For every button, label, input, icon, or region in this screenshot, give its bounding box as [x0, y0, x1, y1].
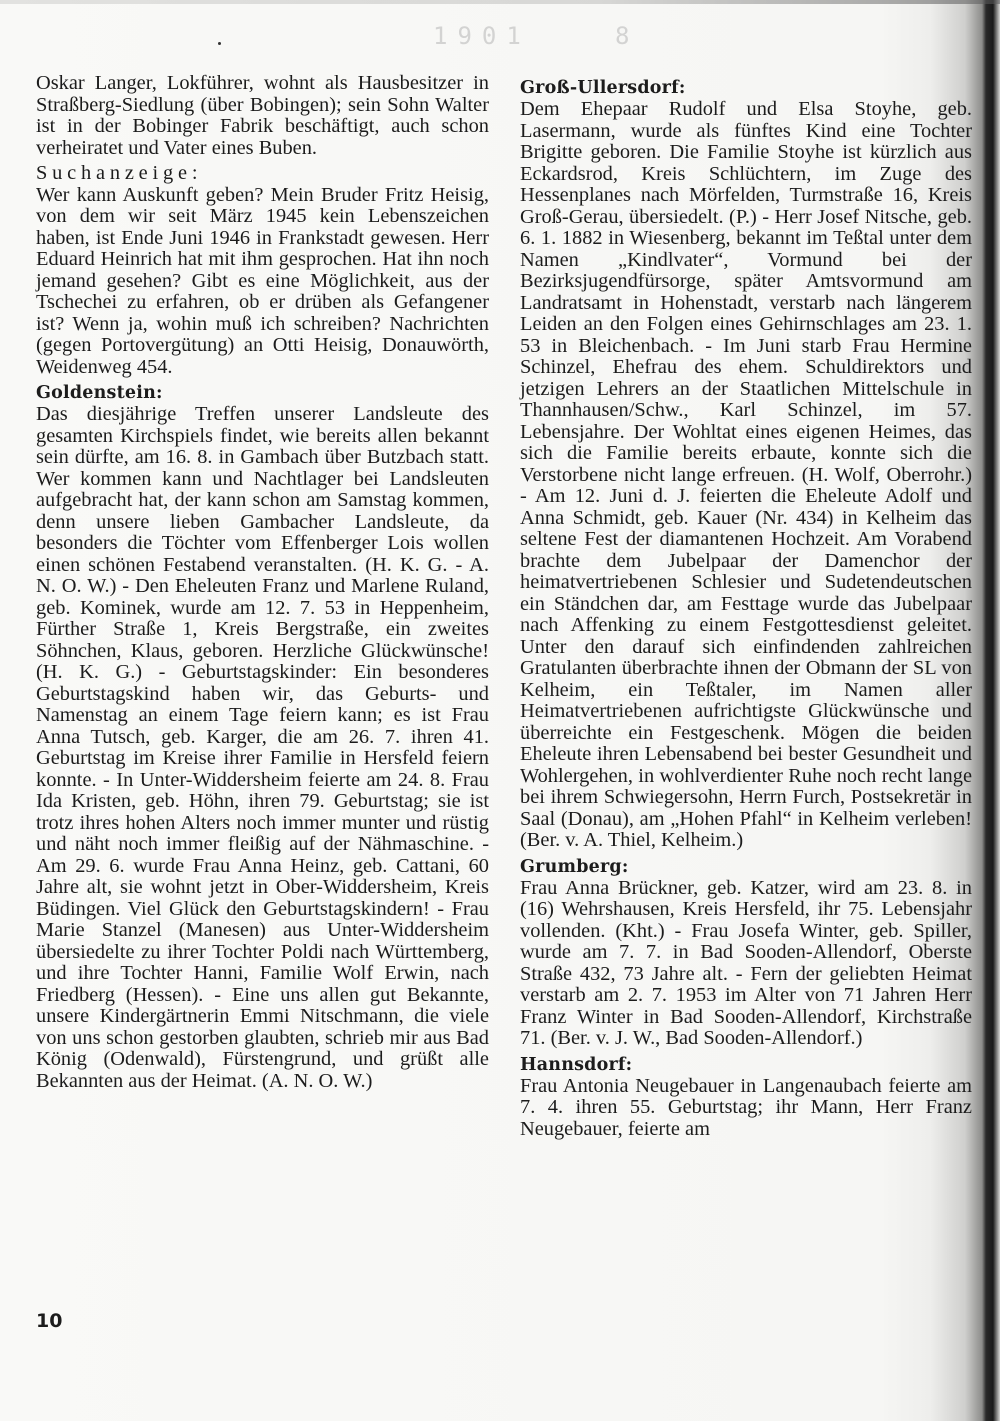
archive-stamp-left: 1901	[433, 22, 531, 50]
section-text-goldenstein: Das diesjährige Treffen unserer Landsleu…	[36, 404, 489, 1092]
page-top-edge	[0, 0, 1000, 4]
archive-stamp-right: 8	[615, 22, 639, 50]
right-column: Groß-Ullersdorf: Dem Ehepaar Rudolf und …	[520, 77, 972, 1144]
section-heading-gross-ullersdorf: Groß-Ullersdorf:	[520, 77, 972, 99]
section-text-hannsdorf: Frau Antonia Neugebauer in Langenaubach …	[520, 1076, 972, 1141]
scanned-page: 1901 8 Oskar Langer, Lokführer, wohnt al…	[0, 0, 1000, 1421]
section-heading-goldenstein: Goldenstein:	[36, 382, 489, 404]
section-heading-hannsdorf: Hannsdorf:	[520, 1054, 972, 1076]
section-text-gross-ullersdorf: Dem Ehepaar Rudolf und Elsa Stoyhe, geb.…	[520, 99, 972, 852]
intro-paragraph: Oskar Langer, Lokführer, wohnt als Hausb…	[36, 73, 489, 159]
section-text-grumberg: Frau Anna Brückner, geb. Katzer, wird am…	[520, 878, 972, 1050]
page-number: 10	[36, 1310, 62, 1332]
search-notice-text: Wer kann Auskunft geben? Mein Bruder Fri…	[36, 185, 489, 379]
search-notice-heading: Suchanzeige:	[36, 163, 489, 185]
print-speck	[218, 42, 221, 45]
left-column: Oskar Langer, Lokführer, wohnt als Hausb…	[36, 73, 489, 1096]
section-heading-grumberg: Grumberg:	[520, 856, 972, 878]
